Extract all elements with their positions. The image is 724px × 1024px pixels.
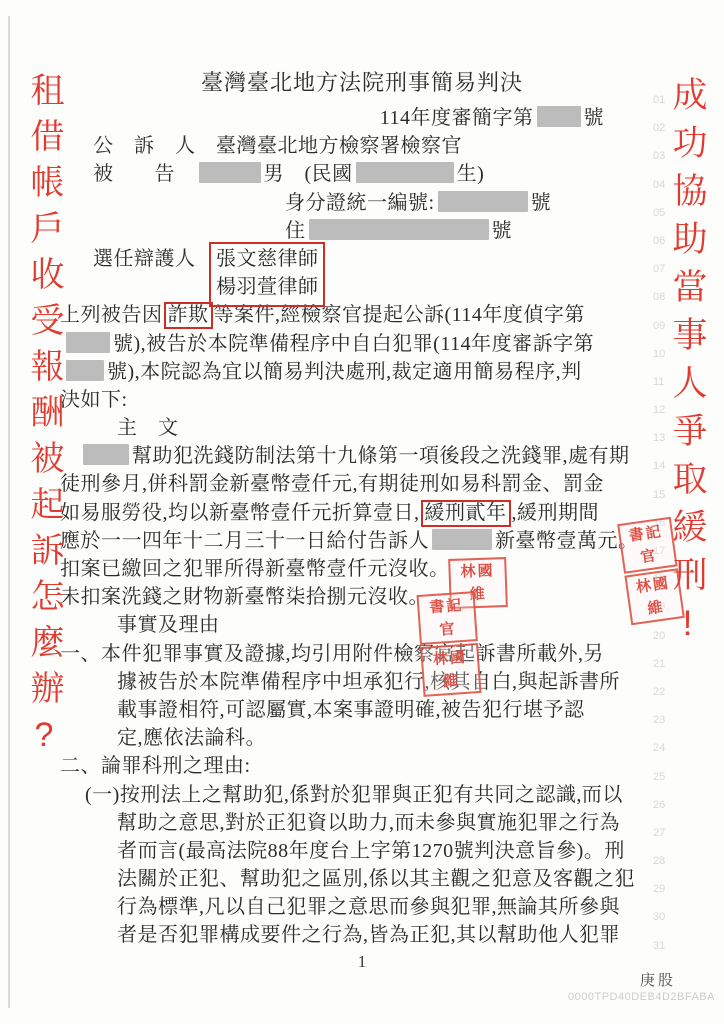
document-line: 上列被告因詐欺等案件,經檢察官提起公訴(114年度偵字第 xyxy=(60,301,622,329)
text-run: 號 xyxy=(584,107,605,129)
line-number: 22 xyxy=(653,678,665,706)
court-section-label: 庚股 xyxy=(640,969,676,990)
clerk-stamp-name: 林國維 xyxy=(420,643,481,697)
redaction-box xyxy=(309,219,489,240)
document-line: 決如下: xyxy=(60,386,622,414)
document-line: 一、本件犯罪事實及證據,均引用附件檢察官起訴書所載外,另 xyxy=(60,640,622,668)
line-number: 27 xyxy=(653,819,665,847)
line-number: 24 xyxy=(653,734,665,762)
text-run: 未扣案洗錢之財物新臺幣柒拾捌元沒收。 xyxy=(60,586,429,608)
document-line: 選任辯護人 張文慈律師 xyxy=(60,245,622,273)
document-line: 事實及理由 xyxy=(60,611,622,639)
redaction-box xyxy=(199,162,261,183)
text-run: 行為標準,凡以自己犯罪之意思而參與犯罪,無論其所參與 xyxy=(117,896,620,918)
text-run: 者是否犯罪構成要件之行為,皆為正犯,其以幫助他人犯罪 xyxy=(117,924,620,946)
document-line: 法關於正犯、幫助犯之區別,係以其主觀之犯意及客觀之犯 xyxy=(60,865,622,893)
text-run: 一、本件犯罪事實及證據,均引用附件檢察官起訴書所載外,另 xyxy=(60,643,604,665)
document-line: 114年度審簡字第號 xyxy=(60,104,622,132)
redaction-box xyxy=(537,106,581,127)
text-run: 號),本院認為宜以簡易判決處刑,裁定適用簡易程序,判 xyxy=(107,361,582,383)
text-run: 幫助犯洗錢防制法第十九條第一項後段之洗錢罪,處有期 xyxy=(132,445,630,467)
document-line: 被 告 男 (民國生) xyxy=(60,160,622,188)
document-line: 二、論罪科刑之理由: xyxy=(60,752,622,780)
text-run: 號 xyxy=(531,192,552,214)
document-line: 楊羽萱律師 xyxy=(60,273,622,301)
document-line: 幫助之意思,對於正犯資以助力,而未參與實施犯罪之行為 xyxy=(60,809,622,837)
document-line: 據被告於本院準備程序中坦承犯行,核其自白,與起訴書所 xyxy=(60,668,622,696)
text-run: 者而言(最高法院88年度台上字第1270號判決意旨參)。刑 xyxy=(117,840,625,862)
line-number: 30 xyxy=(653,903,665,931)
document-line: 應於一一四年十二月三十一日給付告訴人新臺幣壹萬元。 xyxy=(60,527,622,555)
line-number: 28 xyxy=(653,847,665,875)
red-highlight-box: 緩刑貳年 xyxy=(421,500,511,527)
text-run: 號 xyxy=(492,220,513,242)
line-number: 23 xyxy=(653,706,665,734)
text-run: 事實及理由 xyxy=(117,614,220,636)
text-run: 新臺幣壹萬元。 xyxy=(495,530,639,552)
document-line: 號),本院認為宜以簡易判決處刑,裁定適用簡易程序,判 xyxy=(60,358,622,386)
redaction-box xyxy=(66,332,110,353)
judgment-body: 114年度審簡字第號公 訴 人 臺灣臺北地方檢察署檢察官被 告 男 (民國生)身… xyxy=(60,104,622,950)
line-number: 29 xyxy=(653,875,665,903)
document-line: (一)按刑法上之幫助犯,係對於犯罪與正犯有共同之認識,而以 xyxy=(60,781,622,809)
document-line: 身分證統一編號:號 xyxy=(60,189,622,217)
text-run: (一)按刑法上之幫助犯,係對於犯罪與正犯有共同之認識,而以 xyxy=(85,784,623,806)
document-line: 徒刑參月,併科罰金新臺幣壹仟元,有期徒刑如易科罰金、罰金 xyxy=(60,470,622,498)
right-red-annotation: 成功協助當事人爭取緩刑! xyxy=(662,76,712,656)
document-line: 住號 xyxy=(60,217,622,245)
document-line: 行為標準,凡以自己犯罪之意思而參與犯罪,無論其所參與 xyxy=(60,893,622,921)
document-line: 者而言(最高法院88年度台上字第1270號判決意旨參)。刑 xyxy=(60,837,622,865)
text-run: 住 xyxy=(285,220,306,242)
clerk-stamp-title: 書記官 xyxy=(417,591,478,645)
scan-edge-shadow xyxy=(8,16,10,1008)
text-run: 114年度審簡字第 xyxy=(380,107,534,129)
document-line: 幫助犯洗錢防制法第十九條第一項後段之洗錢罪,處有期 xyxy=(60,442,622,470)
redaction-box xyxy=(83,444,129,465)
text-run: ,緩刑期間 xyxy=(512,502,600,524)
document-line: 扣案已繳回之犯罪所得新臺幣壹仟元沒收。 xyxy=(60,555,622,583)
text-run: 二、論罪科刑之理由: xyxy=(60,755,251,777)
text-run: 被 告 xyxy=(93,163,196,185)
text-run: 徒刑參月,併科罰金新臺幣壹仟元,有期徒刑如易科罰金、罰金 xyxy=(60,473,604,495)
text-run: 上列被告因 xyxy=(60,304,163,326)
text-run: 號),被告於本院準備程序中自白犯罪(114年度審訴字第 xyxy=(113,333,594,355)
text-run: 身分證統一編號: xyxy=(285,192,435,214)
text-run: 載事證相符,可認屬實,本案事證明確,被告犯行堪予認 xyxy=(117,699,585,721)
text-run: 如易服勞役,均以新臺幣壹仟元折算壹日, xyxy=(60,502,420,524)
text-run: 幫助之意思,對於正犯資以助力,而未參與實施犯罪之行為 xyxy=(117,812,620,834)
left-red-annotation: 租借帳戶收受報酬被起訴怎麼辦? xyxy=(20,72,69,766)
text-run: 應於一一四年十二月三十一日給付告訴人 xyxy=(60,530,429,552)
text-run: 公 訴 人 臺灣臺北地方檢察署檢察官 xyxy=(93,135,462,157)
text-run: 扣案已繳回之犯罪所得新臺幣壹仟元沒收。 xyxy=(60,558,450,580)
defenders-red-highlight-box xyxy=(209,242,325,307)
redaction-box xyxy=(432,529,492,550)
clerk-stamp-lower: 書記官 林國維 xyxy=(417,591,482,697)
document-barcode-text: 0000TPD40DEB4D2BFABA xyxy=(568,991,715,1003)
line-number: 26 xyxy=(653,791,665,819)
red-highlight-box: 詐欺 xyxy=(164,302,213,329)
judgment-title: 臺灣臺北地方法院刑事簡易判決 xyxy=(0,66,724,97)
scanned-judgment-page: 租借帳戶收受報酬被起訴怎麼辦? 成功協助當事人爭取緩刑! 01020304050… xyxy=(0,0,724,1024)
line-number: 25 xyxy=(653,763,665,791)
redaction-box xyxy=(66,360,104,381)
text-run: 等案件,經檢察官提起公訴(114年度偵字第 xyxy=(214,304,585,326)
text-run: 決如下: xyxy=(60,389,128,411)
document-line: 未扣案洗錢之財物新臺幣柒拾捌元沒收。 xyxy=(60,583,622,611)
document-line: 如易服勞役,均以新臺幣壹仟元折算壹日,緩刑貳年,緩刑期間 xyxy=(60,499,622,527)
redaction-box xyxy=(438,191,528,212)
document-line: 載事證相符,可認屬實,本案事證明確,被告犯行堪予認 xyxy=(60,696,622,724)
text-run: 生) xyxy=(457,163,485,185)
text-run: 定,應依法論科。 xyxy=(117,727,266,749)
text-run: 男 (民國 xyxy=(264,163,353,185)
document-line: 定,應依法論科。 xyxy=(60,724,622,752)
text-run: 主 文 xyxy=(117,417,179,439)
document-line: 號),被告於本院準備程序中自白犯罪(114年度審訴字第 xyxy=(60,330,622,358)
document-line: 主 文 xyxy=(60,414,622,442)
redaction-box xyxy=(356,162,454,183)
text-run: 據被告於本院準備程序中坦承犯行,核其自白,與起訴書所 xyxy=(117,671,620,693)
page-number: 1 xyxy=(0,952,724,972)
document-line: 者是否犯罪構成要件之行為,皆為正犯,其以幫助他人犯罪 xyxy=(60,921,622,949)
document-line: 公 訴 人 臺灣臺北地方檢察署檢察官 xyxy=(60,132,622,160)
text-run: 法關於正犯、幫助犯之區別,係以其主觀之犯意及客觀之犯 xyxy=(117,868,635,890)
